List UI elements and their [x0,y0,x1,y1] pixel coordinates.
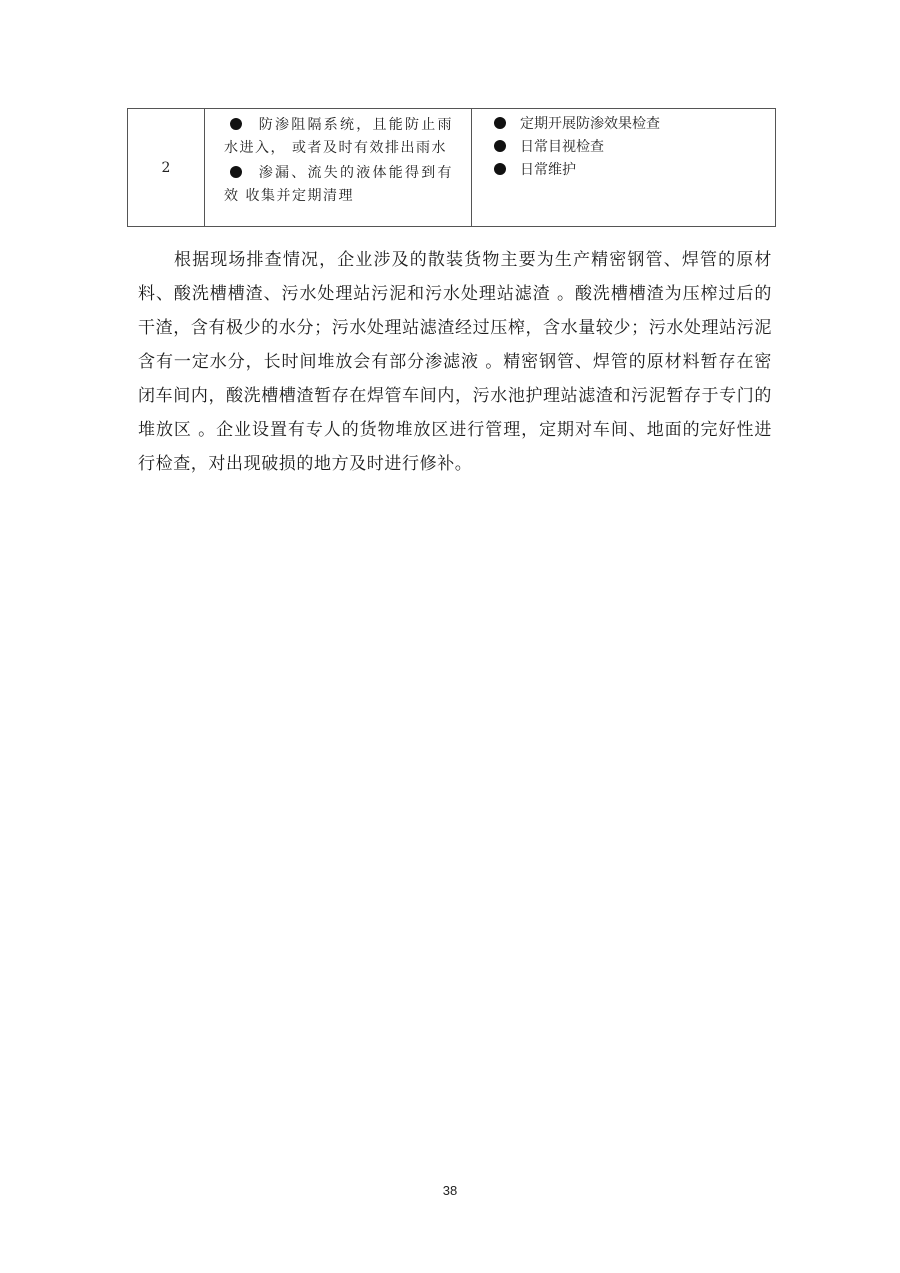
bullet-icon [230,166,242,178]
requirements-cell: 防渗阻隔系统，且能防止雨水进入， 或者及时有效排出雨水 渗漏、流失的液体能得到有… [205,109,472,227]
checks-cell: 定期开展防渗效果检查 日常目视检查 日常维护 [472,109,776,227]
check-item: 日常维护 [494,159,775,182]
document-page: 2 防渗阻隔系统，且能防止雨水进入， 或者及时有效排出雨水 渗漏、流失的液体能得… [0,0,900,1273]
row-number-cell: 2 [128,109,205,227]
body-paragraph: 根据现场排查情况，企业涉及的散装货物主要为生产精密钢管、焊管的原材料、酸洗槽槽渣… [138,243,772,481]
check-item: 日常目视检查 [494,136,775,159]
measures-table: 2 防渗阻隔系统，且能防止雨水进入， 或者及时有效排出雨水 渗漏、流失的液体能得… [127,108,776,227]
page-number: 38 [0,1183,900,1198]
row-number: 2 [162,160,171,176]
bullet-icon [230,118,242,130]
bullet-icon [494,140,506,152]
check-item: 定期开展防渗效果检查 [494,113,775,136]
bullet-icon [494,117,506,129]
requirement-item: 渗漏、流失的液体能得到有效 收集并定期清理 [224,162,453,208]
requirement-item: 防渗阻隔系统，且能防止雨水进入， 或者及时有效排出雨水 [224,114,453,160]
bullet-icon [494,163,506,175]
table-row: 2 防渗阻隔系统，且能防止雨水进入， 或者及时有效排出雨水 渗漏、流失的液体能得… [128,109,776,227]
